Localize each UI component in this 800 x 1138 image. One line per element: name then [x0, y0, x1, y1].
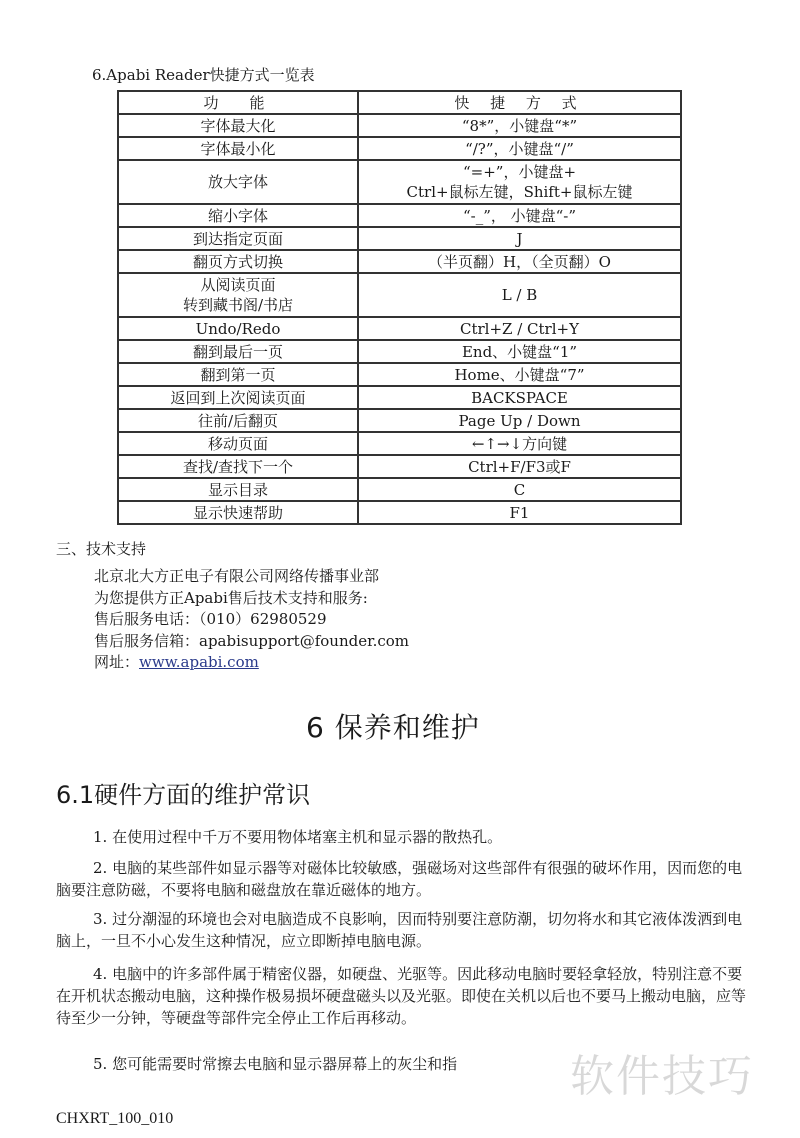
- function-cell: 显示目录: [118, 478, 358, 501]
- table-row: 返回到上次阅读页面BACKSPACE: [118, 386, 681, 409]
- shortcut-cell: “-_”， 小键盘“-”: [358, 204, 681, 227]
- shortcut-cell: BACKSPACE: [358, 386, 681, 409]
- paragraph-1: 1. 在使用过程中千万不要用物体堵塞主机和显示器的散热孔。: [56, 826, 746, 848]
- watermark-overlay: [530, 1010, 760, 1034]
- shortcut-cell: （半页翻）H，（全页翻）O: [358, 250, 681, 273]
- function-cell: 放大字体: [118, 160, 358, 204]
- function-cell: Undo/Redo: [118, 317, 358, 340]
- table-header-row: 功 能 快 捷 方 式: [118, 91, 681, 114]
- watermark: 软件技巧: [570, 1040, 754, 1104]
- table-row: 翻到第一页Home、小键盘“7”: [118, 363, 681, 386]
- function-cell: 显示快速帮助: [118, 501, 358, 524]
- chapter-title: 6 保养和维护: [306, 706, 480, 746]
- phone-label: 售后服务电话：: [94, 610, 199, 628]
- shortcut-cell: J: [358, 227, 681, 250]
- function-cell: 往前/后翻页: [118, 409, 358, 432]
- email-label: 售后服务信箱：: [94, 632, 199, 650]
- company-name: 北京北大方正电子有限公司网络传播事业部: [94, 566, 409, 588]
- function-cell: 返回到上次阅读页面: [118, 386, 358, 409]
- function-cell: 字体最大化: [118, 114, 358, 137]
- table-row: 字体最大化“8*”，小键盘“*”: [118, 114, 681, 137]
- table-row: 翻到最后一页End、小键盘“1”: [118, 340, 681, 363]
- support-intro: 为您提供方正Apabi售后技术支持和服务:: [94, 588, 409, 610]
- shortcut-cell: Page Up / Down: [358, 409, 681, 432]
- section-title: 6.Apabi Reader快捷方式一览表: [92, 64, 315, 85]
- function-cell: 缩小字体: [118, 204, 358, 227]
- table-row: 显示快速帮助F1: [118, 501, 681, 524]
- phone-line: 售后服务电话：（010）62980529: [94, 609, 409, 631]
- shortcut-cell: “/?”，小键盘“/”: [358, 137, 681, 160]
- table-row: 翻页方式切换（半页翻）H，（全页翻）O: [118, 250, 681, 273]
- paragraph-2: 2. 电脑的某些部件如显示器等对磁体比较敏感，强磁场对这些部件有很强的破坏作用，…: [56, 857, 746, 901]
- support-info: 北京北大方正电子有限公司网络传播事业部 为您提供方正Apabi售后技术支持和服务…: [94, 566, 409, 674]
- web-line: 网址：www.apabi.com: [94, 652, 409, 674]
- column-header-shortcut: 快 捷 方 式: [358, 91, 681, 114]
- function-cell: 翻页方式切换: [118, 250, 358, 273]
- function-cell: 翻到第一页: [118, 363, 358, 386]
- shortcut-cell: Ctrl+Z / Ctrl+Y: [358, 317, 681, 340]
- function-cell: 字体最小化: [118, 137, 358, 160]
- email-line: 售后服务信箱：apabisupport@founder.com: [94, 631, 409, 653]
- footer-code: CHXRT_100_010: [56, 1110, 173, 1128]
- phone-number: （010）62980529: [199, 610, 326, 628]
- shortcut-table: 功 能 快 捷 方 式 字体最大化“8*”，小键盘“*”字体最小化“/?”，小键…: [117, 90, 682, 525]
- table-row: 字体最小化“/?”，小键盘“/”: [118, 137, 681, 160]
- shortcut-cell: ←↑→↓方向键: [358, 432, 681, 455]
- table-row: 放大字体“=+”，小键盘+ Ctrl+鼠标左键，Shift+鼠标左键: [118, 160, 681, 204]
- shortcut-cell: “=+”，小键盘+ Ctrl+鼠标左键，Shift+鼠标左键: [358, 160, 681, 204]
- shortcut-cell: End、小键盘“1”: [358, 340, 681, 363]
- table-body: 字体最大化“8*”，小键盘“*”字体最小化“/?”，小键盘“/”放大字体“=+”…: [118, 114, 681, 524]
- function-cell: 从阅读页面 转到藏书阁/书店: [118, 273, 358, 317]
- section-subheading: 6.1硬件方面的维护常识: [56, 775, 310, 810]
- table-row: 到达指定页面J: [118, 227, 681, 250]
- email-address: apabisupport@founder.com: [199, 632, 409, 650]
- shortcut-cell: Home、小键盘“7”: [358, 363, 681, 386]
- table-row: 从阅读页面 转到藏书阁/书店L / B: [118, 273, 681, 317]
- table-row: 移动页面←↑→↓方向键: [118, 432, 681, 455]
- table-row: 显示目录C: [118, 478, 681, 501]
- table-row: 查找/查找下一个Ctrl+F/F3或F: [118, 455, 681, 478]
- shortcut-cell: Ctrl+F/F3或F: [358, 455, 681, 478]
- function-cell: 移动页面: [118, 432, 358, 455]
- shortcut-cell: “8*”，小键盘“*”: [358, 114, 681, 137]
- function-cell: 翻到最后一页: [118, 340, 358, 363]
- shortcut-cell: L / B: [358, 273, 681, 317]
- paragraph-3: 3. 过分潮湿的环境也会对电脑造成不良影响，因而特别要注意防潮，切勿将水和其它液…: [56, 908, 746, 952]
- table-row: Undo/RedoCtrl+Z / Ctrl+Y: [118, 317, 681, 340]
- support-heading: 三、技术支持: [56, 538, 146, 559]
- website-link[interactable]: www.apabi.com: [139, 653, 259, 671]
- shortcut-cell: F1: [358, 501, 681, 524]
- function-cell: 查找/查找下一个: [118, 455, 358, 478]
- table-row: 往前/后翻页Page Up / Down: [118, 409, 681, 432]
- column-header-function: 功 能: [118, 91, 358, 114]
- function-cell: 到达指定页面: [118, 227, 358, 250]
- shortcut-cell: C: [358, 478, 681, 501]
- web-label: 网址：: [94, 653, 139, 671]
- table-row: 缩小字体“-_”， 小键盘“-”: [118, 204, 681, 227]
